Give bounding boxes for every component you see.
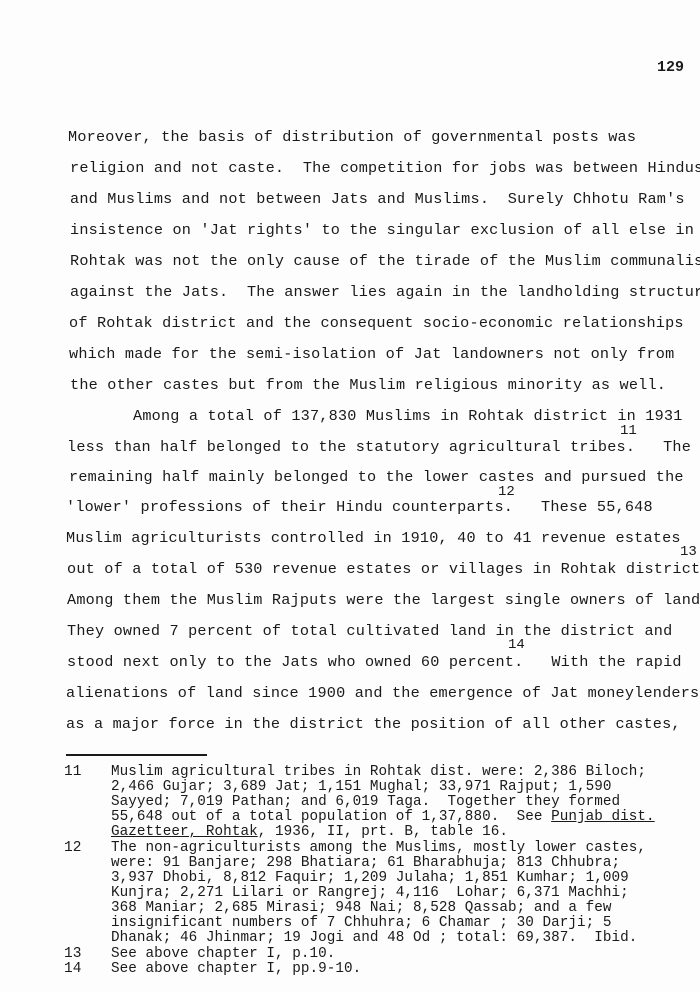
- footnote-number: 11: [64, 765, 81, 780]
- footnote-line: insignificant numbers of 7 Chhuhra; 6 Ch…: [111, 916, 612, 931]
- footnote-line: Kunjra; 2,271 Lilari or Rangrej; 4,116 L…: [111, 886, 629, 901]
- body-line: They owned 7 percent of total cultivated…: [67, 622, 672, 640]
- body-line: as a major force in the district the pos…: [66, 715, 681, 733]
- footnote-ref[interactable]: 12: [498, 485, 515, 499]
- body-line: Among them the Muslim Rajputs were the l…: [67, 591, 700, 609]
- footnote-ref[interactable]: 14: [508, 638, 525, 652]
- body-line: religion and not caste. The competition …: [70, 159, 700, 177]
- body-line: and Muslims and not between Jats and Mus…: [70, 190, 685, 208]
- footnote-ref[interactable]: 11: [620, 424, 637, 438]
- footnote-number: 13: [64, 947, 81, 962]
- body-line: of Rohtak district and the consequent so…: [69, 314, 684, 332]
- footnote-line: Muslim agricultural tribes in Rohtak dis…: [111, 765, 646, 780]
- body-line: Among a total of 137,830 Muslims in Roht…: [133, 407, 683, 425]
- body-line: which made for the semi-isolation of Jat…: [69, 345, 674, 363]
- body-line: the other castes but from the Muslim rel…: [70, 376, 666, 394]
- citation-title: Gazetteer, Rohtak: [111, 824, 258, 840]
- body-line: 'lower' professions of their Hindu count…: [66, 498, 653, 516]
- footnote-ref[interactable]: 13: [680, 545, 697, 559]
- footnote-line: 368 Maniar; 2,685 Mirasi; 948 Nai; 8,528…: [111, 901, 612, 916]
- body-line: Muslim agriculturists controlled in 1910…: [66, 529, 681, 547]
- citation-title: Punjab dist.: [551, 809, 655, 825]
- footnote-line: 2,466 Gujar; 3,689 Jat; 1,151 Mughal; 33…: [111, 780, 612, 795]
- body-line: Rohtak was not the only cause of the tir…: [70, 252, 700, 270]
- footnote-number: 14: [64, 962, 81, 977]
- footnote-line: Gazetteer, Rohtak, 1936, II, prt. B, tab…: [111, 825, 508, 840]
- body-line: insistence on 'Jat rights' to the singul…: [70, 221, 694, 239]
- body-line: less than half belonged to the statutory…: [67, 438, 691, 456]
- footnote-separator: [66, 754, 207, 756]
- body-line: alienations of land since 1900 and the e…: [66, 684, 699, 702]
- body-line: out of a total of 530 revenue estates or…: [67, 560, 700, 578]
- footnote-line: See above chapter I, p.10.: [111, 947, 335, 962]
- footnote-line: The non-agriculturists among the Muslims…: [111, 841, 646, 856]
- footnote-line: 55,648 out of a total population of 1,37…: [111, 810, 655, 825]
- footnote-line: Sayyed; 7,019 Pathan; and 6,019 Taga. To…: [111, 795, 620, 810]
- body-line: Moreover, the basis of distribution of g…: [68, 128, 636, 146]
- footnote-line: Dhanak; 46 Jhinmar; 19 Jogi and 48 Od ; …: [111, 931, 637, 946]
- body-line: stood next only to the Jats who owned 60…: [67, 653, 682, 671]
- footnote-number: 12: [64, 841, 81, 856]
- body-line: against the Jats. The answer lies again …: [70, 283, 700, 301]
- footnote-line: 3,937 Dhobi, 8,812 Faquir; 1,209 Julaha;…: [111, 871, 629, 886]
- footnote-line: were: 91 Banjare; 298 Bhatiara; 61 Bhara…: [111, 856, 620, 871]
- citation-rest: , 1936, II, prt. B, table 16.: [258, 824, 508, 840]
- footnote-text: 55,648 out of a total population of 1,37…: [111, 809, 551, 825]
- footnote-line: See above chapter I, pp.9-10.: [111, 962, 361, 977]
- body-line: remaining half mainly belonged to the lo…: [69, 468, 684, 486]
- page-number: 129: [657, 59, 684, 76]
